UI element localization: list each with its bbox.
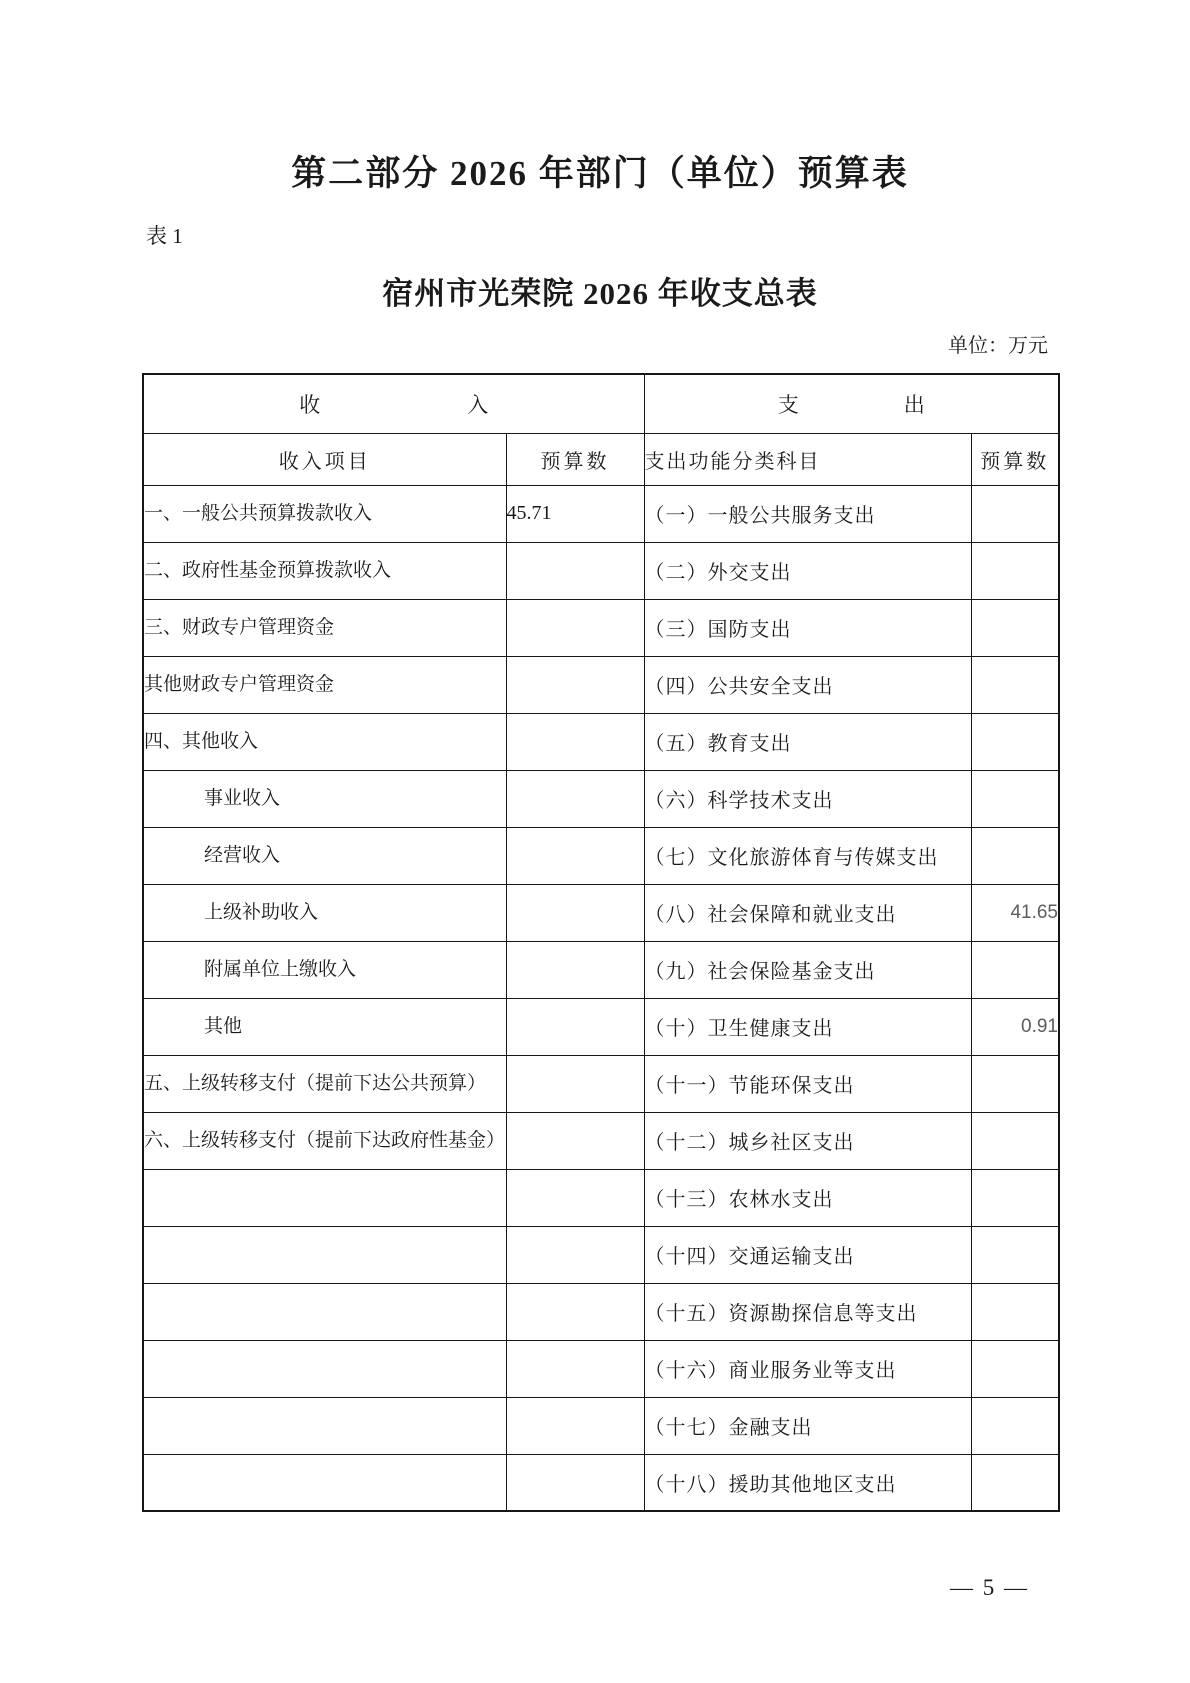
expense-item-cell: （十）卫生健康支出: [644, 998, 971, 1055]
expense-value-cell: [971, 599, 1059, 656]
income-budget-header: 预算数: [506, 433, 644, 485]
income-item-cell: 六、上级转移支付（提前下达政府性基金）: [143, 1112, 506, 1169]
expense-item-cell: （十六）商业服务业等支出: [644, 1340, 971, 1397]
expense-value-cell: [971, 770, 1059, 827]
expense-value-cell: [971, 713, 1059, 770]
group-header-row: 收 入 支 出: [143, 374, 1059, 433]
income-value-cell: [506, 1454, 644, 1511]
income-item-cell: [143, 1397, 506, 1454]
table-label: 表 1: [146, 220, 1058, 250]
budget-table-head: 收 入 支 出 收入项目 预算数 支出功能分类科目 预算数: [143, 374, 1059, 485]
income-value-cell: [506, 542, 644, 599]
expense-item-cell: （八）社会保障和就业支出: [644, 884, 971, 941]
expense-item-cell: （二）外交支出: [644, 542, 971, 599]
income-value-cell: [506, 656, 644, 713]
income-item-cell: [143, 1283, 506, 1340]
expense-item-cell: （五）教育支出: [644, 713, 971, 770]
expense-item-cell: （十二）城乡社区支出: [644, 1112, 971, 1169]
income-value-cell: [506, 884, 644, 941]
table-row: 一、一般公共预算拨款收入45.71（一）一般公共服务支出: [143, 485, 1059, 542]
expense-item-cell: （十四）交通运输支出: [644, 1226, 971, 1283]
income-value-cell: [506, 1283, 644, 1340]
table-row: （十八）援助其他地区支出: [143, 1454, 1059, 1511]
expense-value-cell: [971, 1055, 1059, 1112]
sheet: 第二部分 2026 年部门（单位）预算表 表 1 宿州市光荣院 2026 年收支…: [142, 0, 1058, 1512]
table-row: 三、财政专户管理资金（三）国防支出: [143, 599, 1059, 656]
expense-item-cell: （十八）援助其他地区支出: [644, 1454, 971, 1511]
budget-table: 收 入 支 出 收入项目 预算数 支出功能分类科目 预算数 一、一般公共预算拨款…: [142, 373, 1060, 1512]
table-row: 四、其他收入（五）教育支出: [143, 713, 1059, 770]
budget-table-body: 一、一般公共预算拨款收入45.71（一）一般公共服务支出二、政府性基金预算拨款收…: [143, 485, 1059, 1511]
part-title: 第二部分 2026 年部门（单位）预算表: [142, 146, 1058, 196]
expense-item-cell: （九）社会保险基金支出: [644, 941, 971, 998]
income-item-cell: 其他: [143, 998, 506, 1055]
expense-item-cell: （十七）金融支出: [644, 1397, 971, 1454]
expense-value-cell: 41.65: [971, 884, 1059, 941]
page-number: — 5 —: [950, 1575, 1029, 1601]
table-row: （十五）资源勘探信息等支出: [143, 1283, 1059, 1340]
expense-item-cell: （十五）资源勘探信息等支出: [644, 1283, 971, 1340]
income-item-cell: 经营收入: [143, 827, 506, 884]
income-item-cell: [143, 1169, 506, 1226]
income-item-header: 收入项目: [143, 433, 506, 485]
table-row: 事业收入（六）科学技术支出: [143, 770, 1059, 827]
table-row: 附属单位上缴收入（九）社会保险基金支出: [143, 941, 1059, 998]
income-value-cell: [506, 1340, 644, 1397]
expense-item-cell: （三）国防支出: [644, 599, 971, 656]
table-row: （十六）商业服务业等支出: [143, 1340, 1059, 1397]
income-item-cell: 三、财政专户管理资金: [143, 599, 506, 656]
income-value-cell: [506, 1226, 644, 1283]
expense-value-cell: [971, 656, 1059, 713]
expense-value-cell: [971, 1454, 1059, 1511]
income-item-cell: 四、其他收入: [143, 713, 506, 770]
income-item-cell: 二、政府性基金预算拨款收入: [143, 542, 506, 599]
expense-value-cell: [971, 1283, 1059, 1340]
income-value-cell: [506, 1169, 644, 1226]
expense-value-cell: [971, 827, 1059, 884]
income-value-cell: [506, 1055, 644, 1112]
expense-item-cell: （十三）农林水支出: [644, 1169, 971, 1226]
table-row: （十七）金融支出: [143, 1397, 1059, 1454]
income-item-cell: [143, 1226, 506, 1283]
income-value-cell: [506, 713, 644, 770]
column-header-row: 收入项目 预算数 支出功能分类科目 预算数: [143, 433, 1059, 485]
expense-budget-header: 预算数: [971, 433, 1059, 485]
expense-item-cell: （六）科学技术支出: [644, 770, 971, 827]
expense-value-cell: [971, 1226, 1059, 1283]
income-value-cell: 45.71: [506, 485, 644, 542]
income-item-cell: 五、上级转移支付（提前下达公共预算）: [143, 1055, 506, 1112]
expense-value-cell: [971, 1340, 1059, 1397]
table-row: 其他财政专户管理资金（四）公共安全支出: [143, 656, 1059, 713]
expense-item-cell: （十一）节能环保支出: [644, 1055, 971, 1112]
income-item-cell: 附属单位上缴收入: [143, 941, 506, 998]
income-item-cell: [143, 1340, 506, 1397]
table-row: （十四）交通运输支出: [143, 1226, 1059, 1283]
income-value-cell: [506, 1112, 644, 1169]
expense-item-cell: （七）文化旅游体育与传媒支出: [644, 827, 971, 884]
expense-value-cell: [971, 1169, 1059, 1226]
expense-value-cell: [971, 1112, 1059, 1169]
income-item-cell: 上级补助收入: [143, 884, 506, 941]
table-row: 二、政府性基金预算拨款收入（二）外交支出: [143, 542, 1059, 599]
expense-value-cell: [971, 1397, 1059, 1454]
expense-item-cell: （一）一般公共服务支出: [644, 485, 971, 542]
expense-value-cell: 0.91: [971, 998, 1059, 1055]
income-item-cell: [143, 1454, 506, 1511]
income-value-cell: [506, 941, 644, 998]
income-item-cell: 一、一般公共预算拨款收入: [143, 485, 506, 542]
unit-note: 单位：万元: [142, 329, 1048, 358]
income-value-cell: [506, 827, 644, 884]
expense-item-cell: （四）公共安全支出: [644, 656, 971, 713]
income-item-cell: 其他财政专户管理资金: [143, 656, 506, 713]
table-row: 六、上级转移支付（提前下达政府性基金）（十二）城乡社区支出: [143, 1112, 1059, 1169]
table-title: 宿州市光荣院 2026 年收支总表: [142, 268, 1058, 313]
table-row: 其他（十）卫生健康支出0.91: [143, 998, 1059, 1055]
expense-value-cell: [971, 941, 1059, 998]
income-group-header: 收 入: [143, 374, 644, 433]
table-row: 五、上级转移支付（提前下达公共预算）（十一）节能环保支出: [143, 1055, 1059, 1112]
document-page: 第二部分 2026 年部门（单位）预算表 表 1 宿州市光荣院 2026 年收支…: [0, 0, 1190, 1683]
table-row: （十三）农林水支出: [143, 1169, 1059, 1226]
income-value-cell: [506, 998, 644, 1055]
expense-value-cell: [971, 542, 1059, 599]
expense-value-cell: [971, 485, 1059, 542]
expense-group-header: 支 出: [644, 374, 1059, 433]
income-item-cell: 事业收入: [143, 770, 506, 827]
table-row: 经营收入（七）文化旅游体育与传媒支出: [143, 827, 1059, 884]
income-value-cell: [506, 1397, 644, 1454]
income-value-cell: [506, 770, 644, 827]
table-row: 上级补助收入（八）社会保障和就业支出41.65: [143, 884, 1059, 941]
expense-item-header: 支出功能分类科目: [644, 433, 971, 485]
income-value-cell: [506, 599, 644, 656]
